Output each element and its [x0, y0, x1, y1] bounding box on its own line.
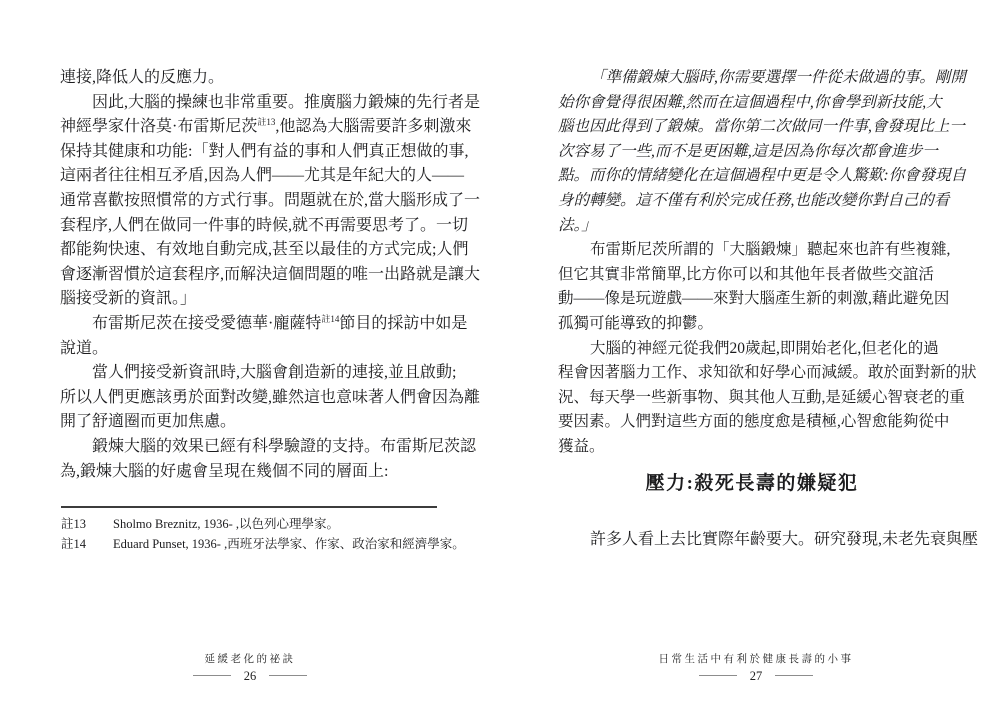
text-line: 說道。	[60, 337, 472, 362]
text-line: 當人們接受新資訊時,大腦會創造新的連接,並且啟動;	[60, 361, 472, 386]
text-line: 動——像是玩遊戲——來對大腦產生新的刺激,藉此避免因	[558, 287, 946, 312]
right-page-after-heading-text: 許多人看上去比實際年齡要大。研究發現,未老先衰與壓	[558, 528, 946, 553]
text-line: 鍛煉大腦的效果已經有科學驗證的支持。布雷斯尼茨認	[60, 435, 472, 460]
text-line: 布雷斯尼茨在接受愛德華·龐薩特註14節目的採訪中如是	[60, 312, 472, 337]
footer-dash-right	[775, 675, 813, 676]
text-line: 連接,降低人的反應力。	[60, 66, 472, 91]
footer-dash-left	[699, 675, 737, 676]
footnote-text: Eduard Punset, 1936- ,西班牙法學家、作家、政治家和經濟學家…	[113, 534, 465, 554]
footnotes-section: 註13Sholmo Breznitz, 1936- ,以色列心理學家。註14Ed…	[61, 514, 481, 554]
text-line: 腦接受新的資訊。」	[60, 287, 472, 312]
right-page-footer: 日常生活中有利於健康長壽的小事 27	[506, 651, 1000, 684]
right-page-number: 27	[750, 669, 763, 683]
left-running-title: 延緩老化的祕訣	[0, 651, 500, 666]
footnote-row: 註13Sholmo Breznitz, 1936- ,以色列心理學家。	[61, 514, 481, 534]
text-line: 次容易了一些,而不是更困難,這是因為你每次都會進步一	[558, 140, 946, 165]
text-line: 套程序,人們在做同一件事的時候,就不再需要思考了。一切	[60, 214, 472, 239]
right-running-title: 日常生活中有利於健康長壽的小事	[506, 651, 1000, 666]
text-line: 這兩者往往相互矛盾,因為人們——尤其是年紀大的人——	[60, 164, 472, 189]
text-line: 獲益。	[558, 435, 946, 460]
left-page-number: 26	[244, 669, 257, 683]
text-line: 通常喜歡按照慣常的方式行事。問題就在於,當大腦形成了一	[60, 189, 472, 214]
text-line: 要因素。人們對這些方面的態度愈是積極,心智愈能夠從中	[558, 410, 946, 435]
left-page-number-row: 26	[0, 669, 500, 684]
footnote-label: 註14	[61, 534, 113, 554]
right-page-number-row: 27	[506, 669, 1000, 684]
footnote-row: 註14Eduard Punset, 1936- ,西班牙法學家、作家、政治家和經…	[61, 534, 481, 554]
left-page-footer: 延緩老化的祕訣 26	[0, 651, 500, 684]
text-line: 都能夠快速、有效地自動完成,甚至以最佳的方式完成;人們	[60, 238, 472, 263]
footer-dash-left	[193, 675, 231, 676]
text-line: 法。」	[558, 214, 946, 239]
text-line: 布雷斯尼茨所謂的「大腦鍛煉」聽起來也許有些複雜,	[558, 238, 946, 263]
text-line: 大腦的神經元從我們20歲起,即開始老化,但老化的過	[558, 337, 946, 362]
text-line: 「準備鍛煉大腦時,你需要選擇一件從未做過的事。剛開	[558, 66, 946, 91]
footnote-label: 註13	[61, 514, 113, 534]
text-line: 況、每天學一些新事物、與其他人互動,是延緩心智衰老的重	[558, 386, 946, 411]
text-line: 因此,大腦的操練也非常重要。推廣腦力鍛煉的先行者是	[60, 91, 472, 116]
left-page-body-text: 連接,降低人的反應力。因此,大腦的操練也非常重要。推廣腦力鍛煉的先行者是神經學家…	[60, 66, 472, 484]
text-line: 為,鍛煉大腦的好處會呈現在幾個不同的層面上:	[60, 460, 472, 485]
text-line: 孤獨可能導致的抑鬱。	[558, 312, 946, 337]
right-page-body-text: 「準備鍛煉大腦時,你需要選擇一件從未做過的事。剛開始你會覺得很困難,然而在這個過…	[558, 66, 946, 460]
text-line: 神經學家什洛莫·布雷斯尼茨註13,他認為大腦需要許多刺激來	[60, 115, 472, 140]
text-line: 始你會覺得很困難,然而在這個過程中,你會學到新技能,大	[558, 91, 946, 116]
footnote-marker: 註13	[257, 117, 275, 127]
text-line: 腦也因此得到了鍛煉。當你第二次做同一件事,會發現比上一	[558, 115, 946, 140]
section-heading: 壓力:殺死長壽的嫌疑犯	[558, 470, 946, 498]
text-line: 保持其健康和功能:「對人們有益的事和人們真正想做的事,	[60, 140, 472, 165]
footnote-marker: 註14	[321, 314, 339, 324]
footer-dash-right	[269, 675, 307, 676]
text-line: 所以人們更應該勇於面對改變,雖然這也意味著人們會因為離	[60, 386, 472, 411]
footnote-divider	[61, 506, 437, 508]
text-line: 開了舒適圈而更加焦慮。	[60, 410, 472, 435]
text-line: 身的轉變。這不僅有利於完成任務,也能改變你對自己的看	[558, 189, 946, 214]
text-line: 程會因著腦力工作、求知欲和好學心而減緩。敢於面對新的狀	[558, 361, 946, 386]
text-line: 許多人看上去比實際年齡要大。研究發現,未老先衰與壓	[558, 528, 946, 553]
text-line: 會逐漸習慣於這套程序,而解決這個問題的唯一出路就是讓大	[60, 263, 472, 288]
book-spread: 連接,降低人的反應力。因此,大腦的操練也非常重要。推廣腦力鍛煉的先行者是神經學家…	[0, 0, 1000, 710]
text-line: 點。而你的情緒變化在這個過程中更是令人驚歎:你會發現自	[558, 164, 946, 189]
footnote-text: Sholmo Breznitz, 1936- ,以色列心理學家。	[113, 514, 339, 534]
text-line: 但它其實非常簡單,比方你可以和其他年長者做些交誼活	[558, 263, 946, 288]
